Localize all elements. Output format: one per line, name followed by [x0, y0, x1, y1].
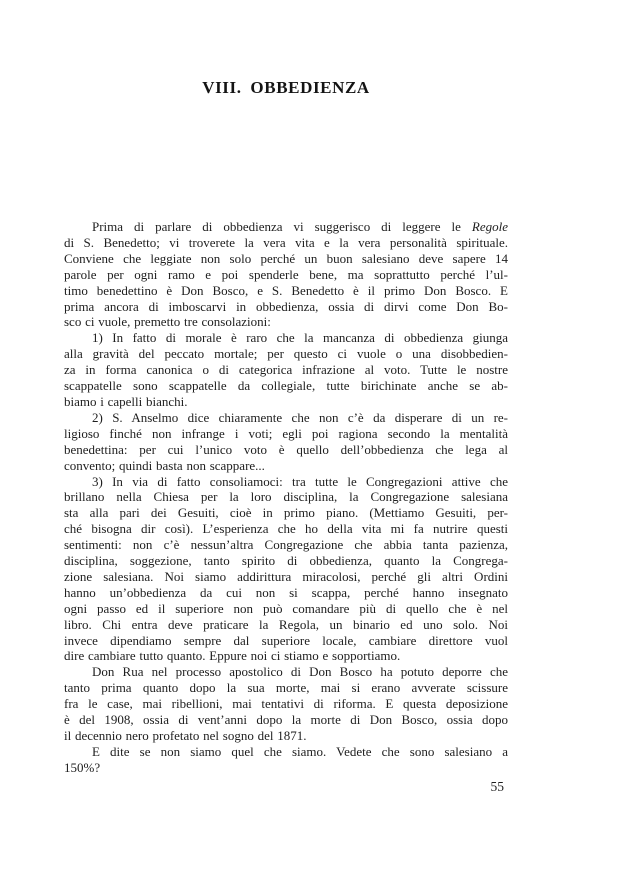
text-line: E dite se non siamo quel che siamo. Vede…: [64, 744, 508, 760]
text-line: di S. Benedetto; vi troverete la vera vi…: [64, 235, 508, 251]
text-line: hanno un’obbedienza da cui non si scappa…: [64, 585, 508, 601]
text-line: za in forma canonica o di categorica inf…: [64, 362, 508, 378]
body-text: Prima di parlare di obbedienza vi sugger…: [64, 219, 508, 776]
text-line: il decennio nero profetato nel sogno del…: [64, 728, 508, 744]
text-line: Prima di parlare di obbedienza vi sugger…: [64, 219, 508, 235]
text-line: tanto prima quanto dopo la sua morte, ma…: [64, 680, 508, 696]
text-line: sentimenti: non c’è nessun’altra Congreg…: [64, 537, 508, 553]
book-page: VIII. OBBEDIENZA Prima di parlare di obb…: [0, 0, 623, 876]
text-line: scappatelle sono scappatelle da collegia…: [64, 378, 508, 394]
text-line: convento; quindi basta non scappare...: [64, 458, 508, 474]
text-line: prima ancora di imboscarvi in obbedienza…: [64, 299, 508, 315]
text-line: invece dipendiamo sempre dal superiore l…: [64, 633, 508, 649]
text-line: Conviene che leggiate non solo perché un…: [64, 251, 508, 267]
paragraph: Prima di parlare di obbedienza vi sugger…: [64, 219, 508, 330]
paragraph: 1) In fatto di morale è raro che la manc…: [64, 330, 508, 410]
text-line: alla gravità del peccato mortale; per qu…: [64, 346, 508, 362]
text-line: biamo i capelli bianchi.: [64, 394, 508, 410]
text-line: Don Rua nel processo apostolico di Don B…: [64, 664, 508, 680]
text-line: 150%?: [64, 760, 508, 776]
text-line: dire cambiare tutto quanto. Eppure noi c…: [64, 648, 508, 664]
text-line: 1) In fatto di morale è raro che la manc…: [64, 330, 508, 346]
chapter-title: VIII. OBBEDIENZA: [64, 78, 508, 98]
page-number: 55: [64, 779, 504, 795]
text-line: disciplina, soggezione, tanto spirito di…: [64, 553, 508, 569]
text-line: sco ci vuole, premetto tre consolazioni:: [64, 314, 508, 330]
text-line: 3) In via di fatto consoliamoci: tra tut…: [64, 474, 508, 490]
paragraph: 2) S. Anselmo dice chiaramente che non c…: [64, 410, 508, 474]
text-line: è del 1908, ossia di vent’anni dopo la m…: [64, 712, 508, 728]
text-line: ogni passo ed il superiore non può coman…: [64, 601, 508, 617]
paragraph: E dite se non siamo quel che siamo. Vede…: [64, 744, 508, 776]
text-line: fra le case, mai ribellioni, mai tentati…: [64, 696, 508, 712]
text-line: timo benedettino è Don Bosco, e S. Bened…: [64, 283, 508, 299]
text-line: sta alla pari dei Gesuiti, cioè in primo…: [64, 505, 508, 521]
text-line: ché bisogna dir così). L’esperienza che …: [64, 521, 508, 537]
text-line: zione salesiana. Noi siamo addirittura m…: [64, 569, 508, 585]
text-line: ligioso finché non infrange i voti; egli…: [64, 426, 508, 442]
paragraph: 3) In via di fatto consoliamoci: tra tut…: [64, 474, 508, 665]
text-line: libro. Chi entra deve praticare la Regol…: [64, 617, 508, 633]
text-line: parole per ogni ramo e poi spenderle ben…: [64, 267, 508, 283]
text-line: 2) S. Anselmo dice chiaramente che non c…: [64, 410, 508, 426]
text-line: benedettina: per cui l’unico voto è quel…: [64, 442, 508, 458]
paragraph: Don Rua nel processo apostolico di Don B…: [64, 664, 508, 744]
text-line: brillano nella Chiesa per la loro discip…: [64, 489, 508, 505]
